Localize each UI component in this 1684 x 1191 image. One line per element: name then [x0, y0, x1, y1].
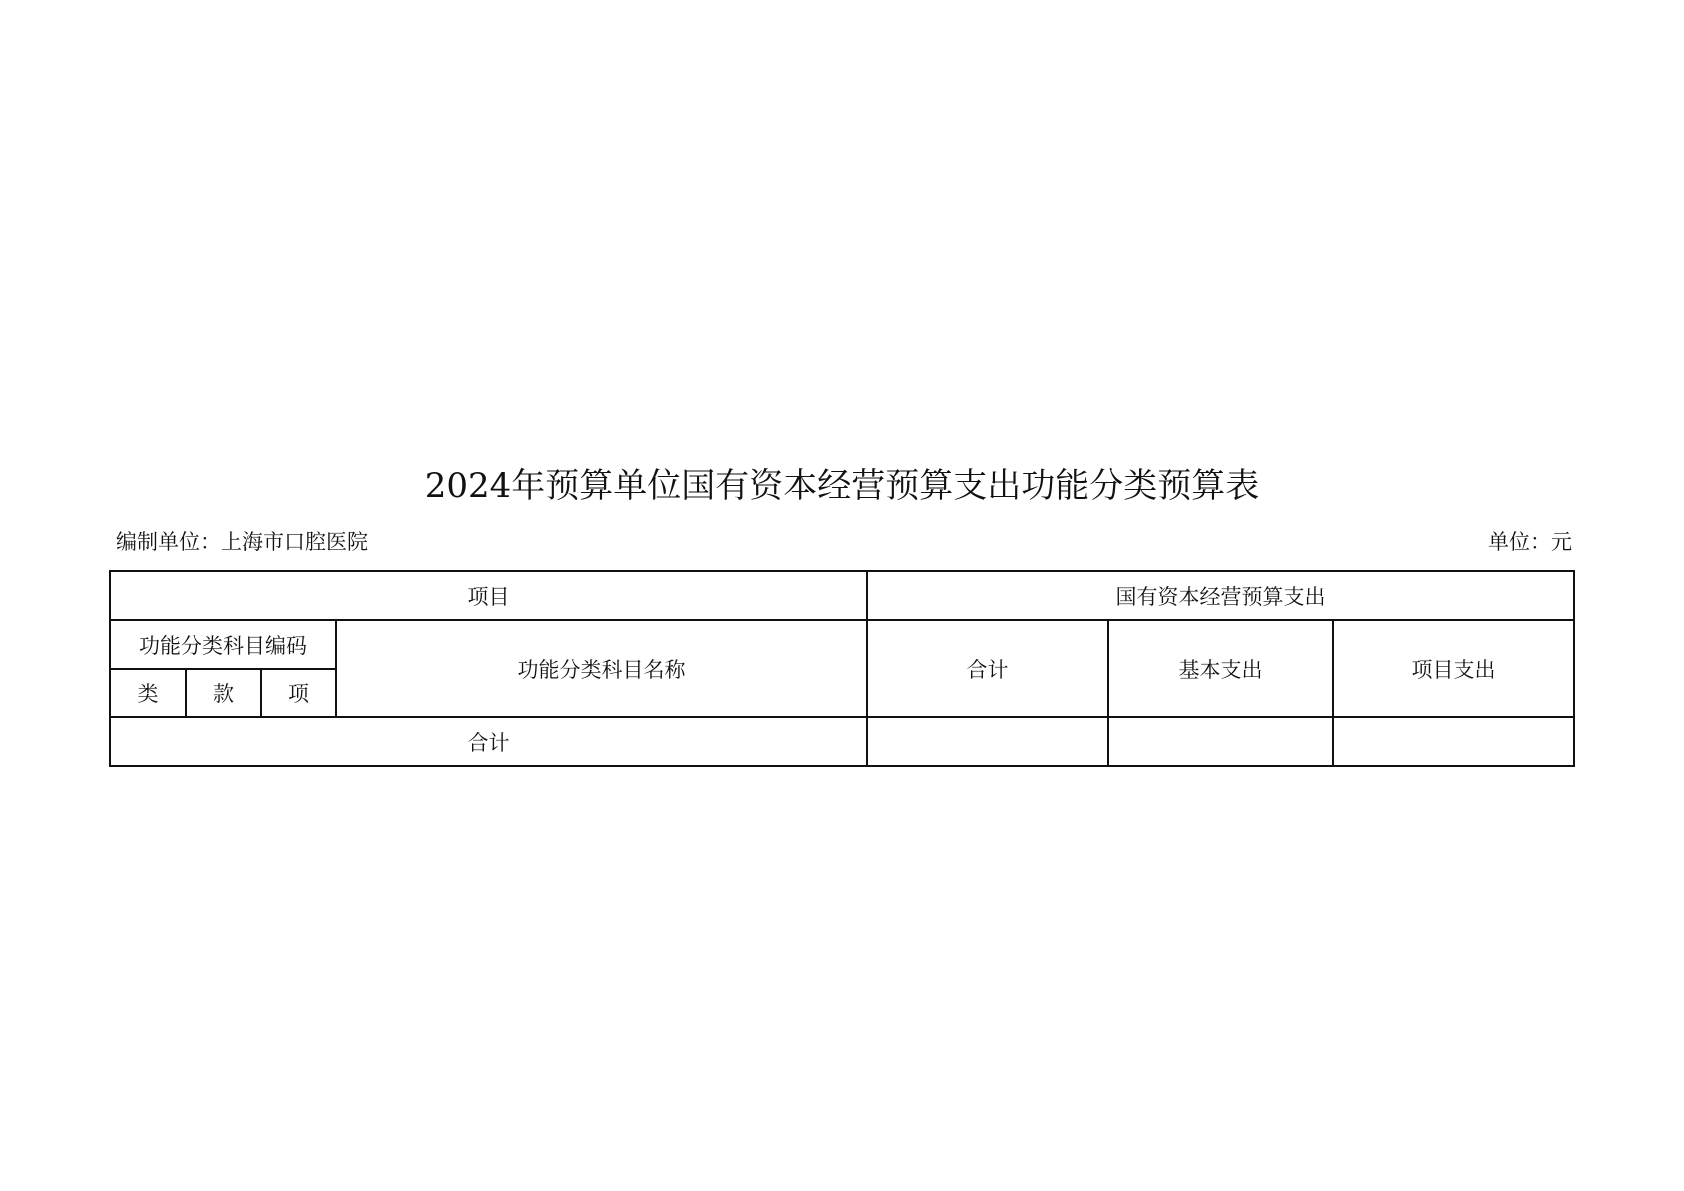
- row-total-value: [867, 717, 1108, 766]
- header-total: 合计: [867, 620, 1108, 717]
- row-label: 合计: [110, 717, 867, 766]
- compiling-unit: 编制单位：上海市口腔医院: [116, 526, 368, 556]
- budget-table: 项目 国有资本经营预算支出 功能分类科目编码 功能分类科目名称 合计 基本支出 …: [109, 570, 1575, 767]
- header-item: 项目: [110, 571, 867, 620]
- header-project: 项目支出: [1333, 620, 1574, 717]
- row-basic-value: [1108, 717, 1333, 766]
- header-row-2: 功能分类科目编码 功能分类科目名称 合计 基本支出 项目支出: [110, 620, 1574, 669]
- header-code-class: 类: [110, 669, 186, 717]
- table-row: 合计: [110, 717, 1574, 766]
- header-code-section: 款: [186, 669, 261, 717]
- currency-unit: 单位：元: [1488, 526, 1572, 556]
- header-row-1: 项目 国有资本经营预算支出: [110, 571, 1574, 620]
- header-code-item: 项: [261, 669, 336, 717]
- header-name-column: 功能分类科目名称: [336, 620, 867, 717]
- header-basic: 基本支出: [1108, 620, 1333, 717]
- header-code-group: 功能分类科目编码: [110, 620, 336, 669]
- header-expenditure-group: 国有资本经营预算支出: [867, 571, 1574, 620]
- document-title: 2024年预算单位国有资本经营预算支出功能分类预算表: [0, 458, 1684, 507]
- row-project-value: [1333, 717, 1574, 766]
